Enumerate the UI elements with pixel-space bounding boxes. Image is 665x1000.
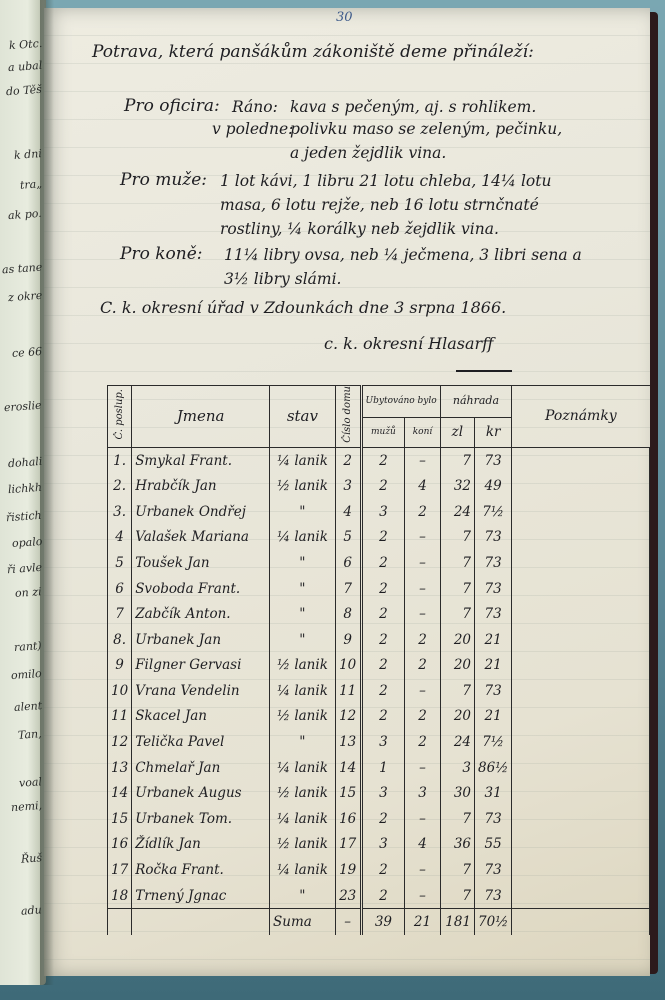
table-row: 3.Urbanek Ondřej"432247½ [108,499,650,525]
left-page-text: řistich [6,509,42,524]
row-name: Hrabčík Jan [132,473,270,499]
section-label-officer: Pro oficira: [124,96,220,116]
header-quartered: Ubytováno bylo [361,386,440,418]
page-title: Potrava, která panšákům zákoniště deme p… [92,42,534,62]
table-row: 18Trnený Jgnac"232–773 [108,883,650,909]
row-number: 9 [108,652,132,678]
row-zl: 7 [440,678,474,704]
row-status: " [270,601,336,627]
row-note [512,499,650,525]
row-house-number: 5 [335,525,361,551]
row-horses: – [405,447,440,473]
row-kr: 73 [475,806,512,832]
row-status: ½ lanik [270,780,336,806]
row-horses: – [405,755,440,781]
row-men: 3 [361,729,405,755]
row-men: 2 [361,857,405,883]
row-men: 2 [361,576,405,602]
row-horses: – [405,678,440,704]
horse-ration-line-1: 11¼ libry ovsa, neb ¼ ječmena, 3 libri s… [224,246,582,264]
header-serial-no: Č. poslup. [108,386,132,448]
row-zl: 7 [440,883,474,909]
row-number: 17 [108,857,132,883]
row-kr: 73 [475,576,512,602]
table-row: 10Vrana Vendelin¼ lanik112–773 [108,678,650,704]
left-page-text: on zi [15,585,42,600]
row-name: Valašek Mariana [132,525,270,551]
left-page-text: k Otc. [8,37,42,52]
officer-noon-label: v poledne: [212,120,293,138]
row-note [512,652,650,678]
row-horses: 2 [405,704,440,730]
left-page-text: omilo [11,667,43,682]
left-page-text: z okre [7,289,42,304]
row-zl: 30 [440,780,474,806]
row-horses: – [405,525,440,551]
table-row: 4Valašek Mariana¼ lanik52–773 [108,525,650,551]
table-row: 15Urbanek Tom.¼ lanik162–773 [108,806,650,832]
row-kr: 21 [475,627,512,653]
header-name: Jmena [132,386,270,448]
row-zl: 7 [440,525,474,551]
row-name: Filgner Gervasi [132,652,270,678]
total-horses: 21 [405,909,440,935]
left-page-text: k dni [14,147,43,162]
row-horses: 2 [405,627,440,653]
row-horses: 4 [405,832,440,858]
row-house-number: 8 [335,601,361,627]
row-name: Ročka Frant. [132,857,270,883]
row-men: 2 [361,627,405,653]
row-kr: 7½ [475,729,512,755]
row-zl: 20 [440,704,474,730]
row-number: 6 [108,576,132,602]
table-row: 2.Hrabčík Jan½ lanik3243249 [108,473,650,499]
row-men: 3 [361,499,405,525]
row-note [512,729,650,755]
left-page-text: dohali [7,455,42,470]
row-zl: 20 [440,652,474,678]
row-zl: 7 [440,550,474,576]
row-note [512,576,650,602]
left-page-text: nemi, [11,799,43,814]
table-row: 5Toušek Jan"62–773 [108,550,650,576]
row-name: Zabčík Anton. [132,601,270,627]
row-zl: 20 [440,627,474,653]
row-note [512,857,650,883]
men-ration-line-1: 1 lot kávi, 1 libru 21 lotu chleba, 14¼ … [220,172,551,190]
row-note [512,601,650,627]
row-kr: 49 [475,473,512,499]
row-house-number: 15 [335,780,361,806]
row-number: 13 [108,755,132,781]
row-horses: 2 [405,729,440,755]
row-status: " [270,576,336,602]
header-compensation: náhrada [440,386,512,418]
row-status: ½ lanik [270,473,336,499]
billeting-table: Č. poslup. Jmena stav Číslo domu Ubytová… [107,385,650,935]
row-house-number: 19 [335,857,361,883]
header-house-number: Číslo domu [335,386,361,448]
row-zl: 7 [440,806,474,832]
row-name: Žídlík Jan [132,832,270,858]
signature-underline [456,370,512,372]
row-kr: 73 [475,550,512,576]
officer-noon-text-2: a jeden žejdlik vina. [290,144,446,162]
row-horses: – [405,576,440,602]
row-number: 4 [108,525,132,551]
row-men: 2 [361,525,405,551]
row-name: Skacel Jan [132,704,270,730]
row-name: Toušek Jan [132,550,270,576]
total-label: Suma [270,909,336,935]
row-name: Urbanek Jan [132,627,270,653]
men-ration-line-3: rostliny, ¼ korálky neb žejdlik vina. [220,220,499,238]
row-kr: 86½ [475,755,512,781]
row-number: 5 [108,550,132,576]
row-status: ½ lanik [270,704,336,730]
row-note [512,704,650,730]
row-horses: 4 [405,473,440,499]
left-page-text: alent [13,699,42,714]
row-name: Urbanek Augus [132,780,270,806]
row-number: 10 [108,678,132,704]
row-kr: 73 [475,601,512,627]
row-name: Vrana Vendelin [132,678,270,704]
table-row: 1.Smykal Frant.¼ lanik22–773 [108,447,650,473]
left-page-text: tra„ [20,177,43,191]
row-men: 1 [361,755,405,781]
row-status: " [270,883,336,909]
table-row: 6Svoboda Frant."72–773 [108,576,650,602]
row-status: ¼ lanik [270,857,336,883]
table-row: 13Chmelař Jan¼ lanik141–386½ [108,755,650,781]
row-status: ¼ lanik [270,678,336,704]
row-status: " [270,729,336,755]
row-men: 2 [361,678,405,704]
row-horses: 2 [405,652,440,678]
row-men: 2 [361,806,405,832]
row-men: 2 [361,704,405,730]
office-date-line: C. k. okresní úřad v Zdounkách dne 3 srp… [100,298,506,317]
row-zl: 24 [440,729,474,755]
row-men: 2 [361,447,405,473]
table-row: 11Skacel Jan½ lanik12222021 [108,704,650,730]
row-note [512,806,650,832]
row-house-number: 10 [335,652,361,678]
total-house: – [335,909,361,935]
row-status: ¼ lanik [270,447,336,473]
row-note [512,883,650,909]
row-note [512,678,650,704]
men-ration-line-2: masa, 6 lotu rejže, neb 16 lotu strnčnat… [220,196,539,214]
row-horses: 3 [405,780,440,806]
header-men: mužů [361,417,405,447]
row-house-number: 12 [335,704,361,730]
row-zl: 7 [440,447,474,473]
row-house-number: 14 [335,755,361,781]
row-status: " [270,550,336,576]
row-number: 15 [108,806,132,832]
row-house-number: 17 [335,832,361,858]
left-page-text: eroslie [4,399,42,415]
header-horses: koní [405,417,440,447]
row-house-number: 9 [335,627,361,653]
left-page-text: a ubal [7,59,42,74]
horse-ration-line-2: 3½ libry slámi. [224,270,341,288]
row-kr: 7½ [475,499,512,525]
signature: c. k. okresní Hlasarff [324,334,494,353]
row-number: 12 [108,729,132,755]
row-kr: 73 [475,525,512,551]
row-horses: – [405,550,440,576]
row-kr: 21 [475,652,512,678]
left-page-text: ři avle [7,561,43,576]
row-number: 3. [108,499,132,525]
row-note [512,473,650,499]
row-note [512,780,650,806]
row-name: Smykal Frant. [132,447,270,473]
left-page-text: opalo [11,535,42,550]
row-status: " [270,499,336,525]
left-page-text: ak po. [8,207,43,222]
row-horses: – [405,806,440,832]
left-page-text: lichkh [8,481,43,496]
row-zl: 7 [440,601,474,627]
row-number: 14 [108,780,132,806]
total-row: Suma – 39 21 181 70½ [108,909,650,935]
row-zl: 32 [440,473,474,499]
row-kr: 55 [475,832,512,858]
total-kr: 70½ [475,909,512,935]
page-number: 30 [336,10,353,25]
row-name: Trnený Jgnac [132,883,270,909]
officer-noon-text: polivku maso se zeleným, pečinku, [290,120,562,138]
row-name: Telička Pavel [132,729,270,755]
row-house-number: 6 [335,550,361,576]
row-house-number: 16 [335,806,361,832]
right-page: 30 Potrava, která panšákům zákoniště dem… [44,8,650,976]
row-note [512,832,650,858]
row-number: 16 [108,832,132,858]
row-men: 2 [361,883,405,909]
header-zl: zl [440,417,474,447]
row-kr: 73 [475,857,512,883]
row-note [512,550,650,576]
row-zl: 36 [440,832,474,858]
row-house-number: 11 [335,678,361,704]
total-men: 39 [361,909,405,935]
total-zl: 181 [440,909,474,935]
table-row: 9Filgner Gervasi½ lanik10222021 [108,652,650,678]
header-kr: kr [475,417,512,447]
officer-morning-label: Ráno: [232,98,278,116]
row-number: 7 [108,601,132,627]
row-kr: 31 [475,780,512,806]
row-kr: 73 [475,883,512,909]
row-number: 11 [108,704,132,730]
left-page-text: ce 66 [11,345,42,360]
left-page-text: Tan, [18,727,42,742]
row-zl: 24 [440,499,474,525]
section-label-horses: Pro koně: [120,244,202,264]
row-status: ½ lanik [270,652,336,678]
row-men: 3 [361,780,405,806]
table-row: 14Urbanek Augus½ lanik15333031 [108,780,650,806]
row-status: " [270,627,336,653]
row-zl: 7 [440,576,474,602]
row-number: 1. [108,447,132,473]
row-note [512,627,650,653]
row-men: 2 [361,601,405,627]
row-men: 2 [361,550,405,576]
table-row: 7Zabčík Anton."82–773 [108,601,650,627]
row-house-number: 23 [335,883,361,909]
row-name: Chmelař Jan [132,755,270,781]
table-row: 12Telička Pavel"1332247½ [108,729,650,755]
row-men: 3 [361,832,405,858]
row-name: Urbanek Tom. [132,806,270,832]
row-horses: – [405,857,440,883]
row-horses: 2 [405,499,440,525]
officer-morning-text: kava s pečeným, aj. s rohlikem. [290,98,536,116]
row-kr: 73 [475,678,512,704]
row-zl: 7 [440,857,474,883]
row-kr: 73 [475,447,512,473]
row-note [512,447,650,473]
left-page-text: rant) [14,639,42,654]
row-house-number: 13 [335,729,361,755]
row-horses: – [405,883,440,909]
row-number: 8. [108,627,132,653]
row-name: Urbanek Ondřej [132,499,270,525]
row-house-number: 2 [335,447,361,473]
book-gutter-shadow [40,0,54,985]
row-note [512,525,650,551]
row-note [512,755,650,781]
header-status: stav [270,386,336,448]
header-notes: Poznámky [512,386,650,448]
left-page-text: as tane [1,261,42,277]
row-status: ¼ lanik [270,806,336,832]
table-row: 17Ročka Frant.¼ lanik192–773 [108,857,650,883]
row-kr: 21 [475,704,512,730]
left-page-text: do Těš [6,83,43,98]
row-number: 2. [108,473,132,499]
row-status: ½ lanik [270,832,336,858]
table-row: 16Žídlík Jan½ lanik17343655 [108,832,650,858]
left-page-text: voal [19,775,43,790]
row-horses: – [405,601,440,627]
section-label-men: Pro muže: [120,170,207,190]
row-status: ¼ lanik [270,755,336,781]
row-zl: 3 [440,755,474,781]
row-status: ¼ lanik [270,525,336,551]
table-row: 8.Urbanek Jan"9222021 [108,627,650,653]
row-number: 18 [108,883,132,909]
row-men: 2 [361,473,405,499]
row-name: Svoboda Frant. [132,576,270,602]
row-house-number: 3 [335,473,361,499]
row-men: 2 [361,652,405,678]
row-house-number: 4 [335,499,361,525]
row-house-number: 7 [335,576,361,602]
